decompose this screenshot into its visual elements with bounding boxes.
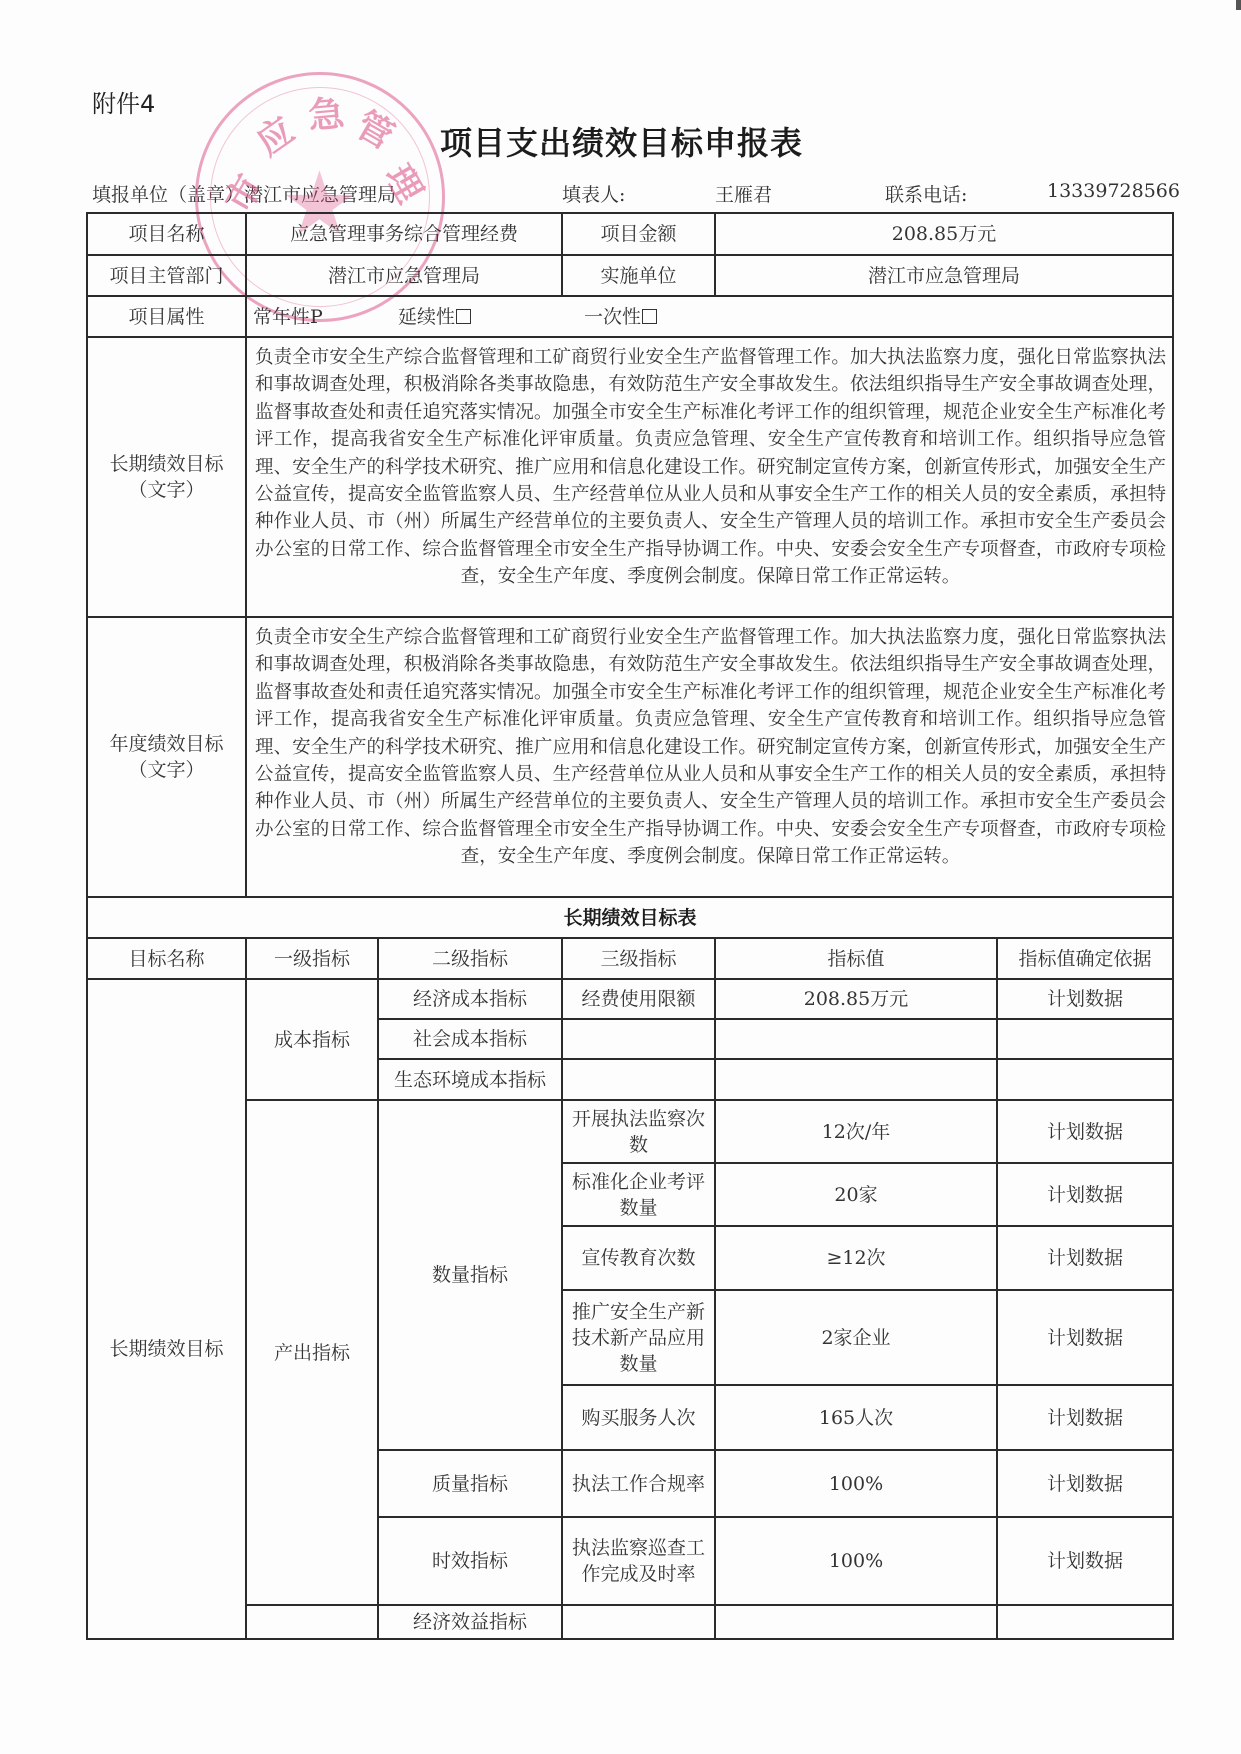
level2-social-cost: 社会成本指标 [379, 1020, 561, 1058]
attr-option-label: 一次性 [584, 304, 641, 330]
level3-cell: 推广安全生产新技术新产品应用数量 [565, 1291, 712, 1384]
attr-option-onetime[interactable]: 一次性 [578, 297, 688, 336]
phone-label: 联系电话: [885, 180, 967, 207]
seal-char: 应 [245, 103, 304, 165]
table-border [86, 1638, 1174, 1640]
label-line: 年度绩效目标 [109, 731, 223, 757]
attr-option-label: 常年性P [253, 304, 323, 330]
level3-cell: 购买服务人次 [563, 1386, 714, 1449]
value-cell: 208.85万元 [716, 980, 996, 1018]
col-header-value: 指标值 [716, 939, 996, 978]
table-border [1172, 212, 1174, 1640]
attr-option-label: 延续性 [398, 304, 455, 330]
basis-cell: 计划数据 [998, 1291, 1172, 1384]
basis-cell: 计划数据 [998, 980, 1172, 1018]
level3-cell: 标准化企业考评数量 [565, 1164, 712, 1225]
basis-cell [998, 1020, 1172, 1058]
goal-name-cell: 长期绩效目标 [88, 980, 245, 1638]
col-header-level2: 二级指标 [379, 939, 561, 978]
filler-name: 王雁君 [715, 180, 772, 207]
level2-econ-cost: 经济成本指标 [379, 980, 561, 1018]
seal-char: 管 [348, 97, 405, 159]
amount-value: 208.85万元 [716, 214, 1172, 254]
amount-label: 项目金额 [563, 214, 714, 254]
level3-cell [563, 1020, 714, 1058]
attr-option-perennial[interactable]: 常年性P [247, 297, 367, 336]
page-title: 项目支出绩效目标申报表 [440, 118, 803, 164]
level3-cell: 宣传教育次数 [563, 1227, 714, 1289]
phone-number: 13339728566 [1047, 180, 1180, 202]
value-cell: 2家企业 [716, 1291, 996, 1384]
col-header-level1: 一级指标 [247, 939, 377, 978]
col-header-basis: 指标值确定依据 [998, 939, 1172, 978]
reporting-unit: 填报单位（盖章）潜江市应急管理局 [92, 180, 396, 207]
level2-eco-cost: 生态环境成本指标 [379, 1060, 561, 1099]
value-cell: ≥12次 [716, 1227, 996, 1289]
level3-cell [563, 1606, 714, 1638]
filler-label: 填表人: [562, 180, 625, 207]
project-name-value: 应急管理事务综合管理经费 [247, 214, 561, 254]
attachment-label: 附件4 [92, 84, 155, 119]
label-line: （文字） [128, 477, 204, 503]
seal-char: 急 [306, 86, 346, 140]
dept-value: 潜江市应急管理局 [247, 256, 561, 295]
annual-goal-text: 负责全市安全生产综合监督管理和工矿商贸行业安全生产监督管理工作。加大执法监察力度… [247, 620, 1172, 896]
value-cell: 20家 [716, 1164, 996, 1225]
level3-cell: 经费使用限额 [563, 980, 714, 1018]
value-cell: 100% [716, 1451, 996, 1516]
level2-quality: 质量指标 [379, 1451, 561, 1516]
level2-timeliness: 时效指标 [379, 1518, 561, 1604]
table-rule [86, 336, 1174, 338]
table-rule [86, 616, 1174, 618]
checkbox-icon[interactable] [456, 309, 471, 324]
scan-edge-mark [1236, 0, 1241, 10]
level2-econ-benefit: 经济效益指标 [379, 1606, 561, 1638]
attr-option-continuing[interactable]: 延续性 [392, 297, 502, 336]
long-term-goal-text: 负责全市安全生产综合监督管理和工矿商贸行业安全生产监督管理工作。加大执法监察力度… [247, 340, 1172, 616]
value-cell: 100% [716, 1518, 996, 1604]
basis-cell: 计划数据 [998, 1451, 1172, 1516]
value-cell: 165人次 [716, 1386, 996, 1449]
col-header-goal-name: 目标名称 [88, 939, 245, 978]
basis-cell: 计划数据 [998, 1518, 1172, 1604]
annual-goal-label: 年度绩效目标 （文字） [88, 618, 245, 896]
basis-cell: 计划数据 [998, 1386, 1172, 1449]
project-name-label: 项目名称 [88, 214, 245, 254]
dept-label: 项目主管部门 [88, 256, 245, 295]
level1-cost: 成本指标 [247, 980, 377, 1099]
value-cell [716, 1020, 996, 1058]
value-cell [716, 1606, 996, 1638]
impl-unit-value: 潜江市应急管理局 [716, 256, 1172, 295]
indicator-table-title: 长期绩效目标表 [88, 898, 1172, 937]
value-cell [716, 1060, 996, 1099]
col-header-level3: 三级指标 [563, 939, 714, 978]
level2-quantity: 数量指标 [379, 1101, 561, 1449]
basis-cell: 计划数据 [998, 1227, 1172, 1289]
level3-cell: 开展执法监察次数 [565, 1101, 712, 1162]
level3-cell: 执法工作合规率 [563, 1451, 714, 1516]
project-attr-label: 项目属性 [88, 297, 245, 336]
level1-output: 产出指标 [247, 1101, 377, 1604]
value-cell: 12次/年 [716, 1101, 996, 1162]
basis-cell: 计划数据 [998, 1164, 1172, 1225]
basis-cell [998, 1606, 1172, 1638]
impl-unit-label: 实施单位 [563, 256, 714, 295]
basis-cell [998, 1060, 1172, 1099]
label-line: 长期绩效目标 [109, 451, 223, 477]
checkbox-icon[interactable] [642, 309, 657, 324]
level3-cell [563, 1060, 714, 1099]
long-term-goal-label: 长期绩效目标 （文字） [88, 338, 245, 616]
level3-cell: 执法监察巡查工作完成及时率 [565, 1518, 712, 1604]
label-line: （文字） [128, 757, 204, 783]
basis-cell: 计划数据 [998, 1101, 1172, 1162]
